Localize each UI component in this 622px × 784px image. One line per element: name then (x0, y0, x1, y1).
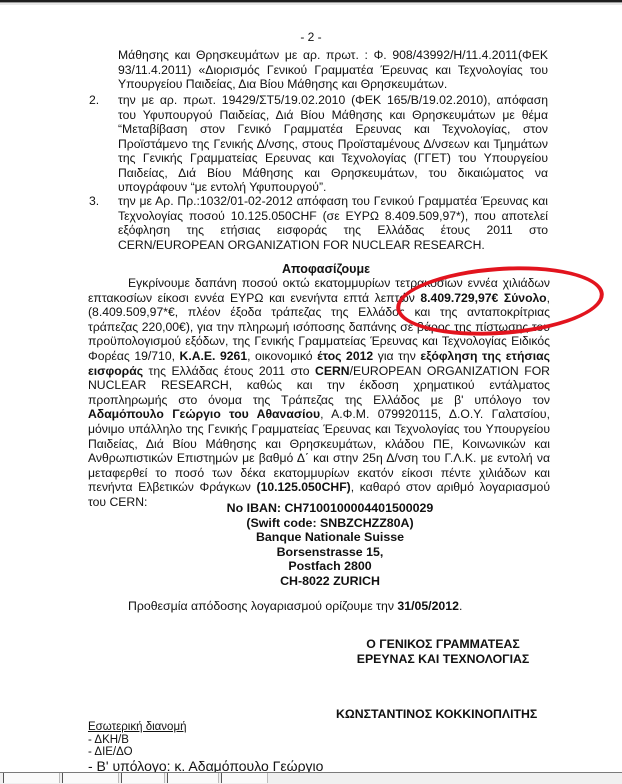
deadline: Προθεσμία απόδοσης λογαριασμού ορίζουμε … (128, 599, 462, 613)
deadline-text: Προθεσμία απόδοσης λογαριασμού ορίζουμε … (128, 599, 397, 613)
signer-title-line1: Ο ΓΕΝΙΚΟΣ ΓΡΑΜΜΑΤΕΑΣ (348, 637, 538, 652)
taskbar-button[interactable] (62, 773, 119, 783)
page-number: - 2 - (0, 30, 622, 44)
signer-title: Ο ΓΕΝΙΚΟΣ ΓΡΑΜΜΑΤΕΑΣ ΕΡΕΥΝΑΣ ΚΑΙ ΤΕΧΝΟΛΟ… (348, 637, 538, 667)
chf-amount: (10.125.050CHF) (257, 480, 351, 494)
swift-code: (Swift code: SNBZCHZZ80A) (180, 516, 480, 531)
decision-text: , οικονομικό (247, 349, 317, 363)
org-name: CERN (315, 364, 350, 378)
decision-text: για την (373, 349, 420, 363)
bank-details: No IBAN: CH7100100004401500029 (Swift co… (180, 501, 480, 589)
item-number-3: 3. (89, 194, 99, 209)
distribution-item: - ΔΙΕ/ΔΟ (88, 746, 323, 759)
taskbar-button[interactable] (167, 773, 219, 783)
deadline-end: . (459, 599, 462, 613)
kae-code: Κ.Α.Ε. 9261 (180, 349, 248, 363)
decision-heading: Αποφασίζουμε (0, 262, 622, 276)
item-number-2: 2. (89, 93, 99, 108)
bank-city: CH-8022 ZURICH (180, 574, 480, 589)
sub-accountant-name: Αδαμόπουλο Γεώργιο του Αθανασίου (88, 407, 320, 421)
item-text-2: την με αρ. πρωτ. 19429/ΣΤ5/19.02.2010 (Φ… (118, 93, 548, 195)
item-text-3: την με Αρ. Πρ.:1032/01-02-2012 απόφαση τ… (118, 194, 548, 252)
iban: No IBAN: CH7100100004401500029 (180, 501, 480, 516)
fiscal-year: έτος 2012 (317, 349, 373, 363)
intro-continuation: Μάθησης και Θρησκευμάτων με αρ. πρωτ. : … (118, 48, 548, 92)
total-amount: 8.409.729,97€ Σύνολο (420, 291, 546, 305)
deadline-date: 31/05/2012 (397, 599, 459, 613)
taskbar-button[interactable] (3, 773, 60, 783)
document-page: - 2 - Μάθησης και Θρησκευμάτων με αρ. πρ… (0, 5, 622, 764)
decision-paragraph: Εγκρίνουμε δαπάνη ποσού οκτώ εκατομμυρίω… (88, 276, 550, 510)
signer-name: ΚΩΝΣΤΑΝΤΙΝΟΣ ΚΟΚΚΙΝΟΠΛΙΤΗΣ (336, 707, 537, 721)
bank-name: Banque Nationale Suisse (180, 530, 480, 545)
taskbar-button[interactable] (121, 773, 165, 783)
bank-postfach: Postfach 2800 (180, 559, 480, 574)
bank-street: Borsenstrasse 15, (180, 545, 480, 560)
taskbar (0, 772, 622, 784)
signer-title-line2: ΕΡΕΥΝΑΣ ΚΑΙ ΤΕΧΝΟΛΟΓΙΑΣ (348, 652, 538, 667)
distribution-item: - ΔΚΗ/Β (88, 734, 323, 747)
distribution-title: Εσωτερική διανομή (88, 721, 323, 734)
decision-text: της Ελλάδας έτους 2011 στο (143, 364, 315, 378)
taskbar-button[interactable] (221, 773, 268, 783)
